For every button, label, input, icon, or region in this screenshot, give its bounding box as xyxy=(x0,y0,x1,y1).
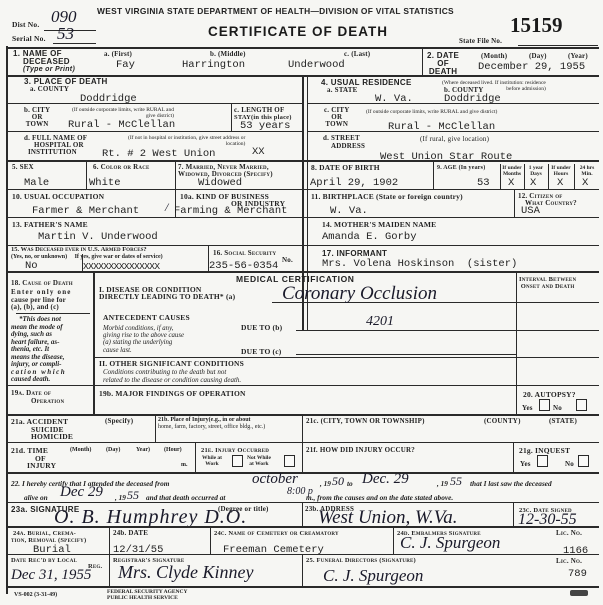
accident-specify-label: (Specify) xyxy=(105,418,133,425)
autopsy-no-checkbox[interactable] xyxy=(576,399,587,411)
father-value: Martin V. Underwood xyxy=(38,232,158,243)
injury-county-label: (COUNTY) xyxy=(484,418,521,425)
pod-city-label: b. CITY OR TOWN xyxy=(24,107,50,128)
pod-county-label: a. COUNTY xyxy=(30,86,69,93)
pod-city-value: Rural - McClellan xyxy=(68,120,175,131)
occupation-slash: / xyxy=(165,200,168,215)
due-to-c-label: DUE TO (c) xyxy=(241,348,281,355)
funeral-director-label: 25. Funeral Directors (Signature) xyxy=(306,557,416,564)
under-year-label: 1 year Days xyxy=(525,165,547,177)
injury-place-label: 21b. Place of Injury(e.g., in or about h… xyxy=(158,417,265,430)
embalmer-lic-label: Lic. No. xyxy=(556,530,582,537)
inquest-yes-label: Yes xyxy=(520,461,531,468)
under-month-value: X xyxy=(508,178,514,189)
form-code: VS-002 (3-31-49) xyxy=(14,592,57,598)
to-label: to xyxy=(347,480,353,488)
informant-label: 17. INFORMANT xyxy=(322,250,387,258)
under-min-label: 24 hrs Min. xyxy=(575,165,599,177)
part2-label: II. OTHER SIGNIFICANT CONDITIONS xyxy=(99,360,244,367)
res-city-note: (If outside corporate limits, write RURA… xyxy=(366,109,497,115)
dod-year-label: (Year) xyxy=(568,53,588,60)
time-of-injury-label: 21d. TIME OF INJURY xyxy=(11,447,56,470)
occupation-label: 10. USUAL OCCUPATION xyxy=(12,193,104,200)
inquest-no-label: No xyxy=(565,461,574,468)
length-of-stay-label: c. LENGTH OF STAY(in this place) xyxy=(234,107,292,121)
inquest-no-checkbox[interactable] xyxy=(578,455,589,467)
autopsy-yes-checkbox[interactable] xyxy=(539,399,550,411)
marital-label: 7. Married, Never Married, Widowed, Divo… xyxy=(178,164,273,178)
year-prefix-1: , 19 xyxy=(320,480,331,488)
hospital-note: (If not in hospital or institution, give… xyxy=(128,135,245,147)
operation-date-label: 19a. Date of Operation xyxy=(11,390,64,405)
autopsy-no-label: No xyxy=(553,405,562,412)
director-lic-value: 789 xyxy=(568,569,587,580)
under-month-label: If under Months xyxy=(501,165,523,177)
sex-value: Male xyxy=(24,178,49,189)
not-while-at-work-label: Not While at Work xyxy=(247,455,271,467)
serial-no-label: Serial No. xyxy=(12,35,46,42)
attended-to-date[interactable]: Dec. 29 xyxy=(362,471,409,488)
occupation-value: Farmer & Merchant xyxy=(32,206,139,217)
state-file-label: State File No. xyxy=(459,38,502,45)
last-name-label: c. (Last) xyxy=(344,51,370,58)
name-label: 1. NAME OF DECEASED (Type or Print) xyxy=(13,50,75,74)
while-at-work-checkbox[interactable] xyxy=(232,455,243,467)
registrar-signature[interactable]: Mrs. Clyde Kinney xyxy=(118,562,253,583)
ssn-no-label: No. xyxy=(282,257,293,264)
attended-from-year[interactable]: 50 xyxy=(332,474,344,489)
while-at-work-label: While at Work xyxy=(202,455,222,467)
certify-text-2: that I last saw the deceased xyxy=(470,480,552,488)
under-min-value: X xyxy=(582,178,588,189)
birthplace-value: W. Va. xyxy=(330,206,368,217)
death-certificate: Dist No. 090 Serial No. 53 WEST VIRGINIA… xyxy=(0,0,603,605)
race-value: White xyxy=(89,178,121,189)
injury-occurred-label: 21e. Injury Occurred xyxy=(201,447,269,454)
injury-state-label: (STATE) xyxy=(549,418,577,425)
cause-instructions: Enter only one cause per line for (a), (… xyxy=(11,289,72,312)
attended-to-year[interactable]: 55 xyxy=(450,474,462,489)
year-prefix-3: , 19 xyxy=(115,494,126,502)
injury-year-label: Year) xyxy=(136,447,150,453)
middle-name-value: Harrington xyxy=(182,60,245,71)
part1-label: I. DISEASE OR CONDITION DIRECTLY LEADING… xyxy=(99,286,235,300)
industry-value: Farming & Merchant xyxy=(174,206,287,217)
date-of-death-label: 2. DATE OF DEATH xyxy=(427,52,459,76)
hospital-value: Rt. # 2 West Union xyxy=(102,149,215,160)
antecedent-label: ANTECEDENT CAUSES xyxy=(103,314,190,321)
date-received-value[interactable]: Dec 31, 1955 xyxy=(11,567,91,584)
inquest-yes-checkbox[interactable] xyxy=(537,455,548,467)
father-label: 13. FATHER'S NAME xyxy=(12,221,88,228)
injury-hour-label: (Hour) xyxy=(164,447,182,453)
injury-city-label: 21c. (CITY, TOWN OR TOWNSHIP) xyxy=(306,418,425,425)
injury-m-label: m. xyxy=(181,462,188,468)
res-city-label: c. CITY OR TOWN xyxy=(324,107,350,128)
not-while-at-work-checkbox[interactable] xyxy=(284,455,295,467)
last-name-value: Underwood xyxy=(288,60,345,71)
antecedent-note: Morbid conditions, if any, giving rise t… xyxy=(103,325,184,354)
serial-no-value: 53 xyxy=(57,24,74,44)
mother-value: Amanda E. Gorby xyxy=(322,232,417,243)
date-of-death-value: December 29, 1955 xyxy=(478,62,585,73)
alive-on-date[interactable]: Dec 29 xyxy=(60,484,103,501)
under-hrs-value: X xyxy=(557,178,563,189)
accident-label: 21a. ACCIDENT SUICIDE HOMICIDE xyxy=(11,418,73,441)
inquest-label: 21g. INQUEST xyxy=(519,447,570,454)
embalmer-signature[interactable]: C. J. Spurgeon xyxy=(400,533,500,553)
informant-value: Mrs. Volena Hoskinson (sister) xyxy=(322,259,517,270)
dist-no-label: Dist No. xyxy=(12,21,39,28)
certify-text-4: m., from the causes and on the date stat… xyxy=(306,494,453,502)
ssn-label: 16. Social Security xyxy=(213,250,276,257)
operation-findings-label: 19b. MAJOR FINDINGS OF OPERATION xyxy=(99,390,246,397)
funeral-director-signature[interactable]: C. J. Spurgeon xyxy=(323,566,423,586)
res-street-note: (If rural, give location) xyxy=(420,136,489,143)
certify-text-3: and that death occurred at xyxy=(146,494,225,502)
certificate-title: CERTIFICATE OF DEATH xyxy=(208,24,388,39)
year-prefix-2: , 19 xyxy=(437,480,448,488)
director-lic-label: Lic. No. xyxy=(556,558,582,565)
armed-forces-label: 15. Was Deceased ever in U.S. Armed Forc… xyxy=(11,247,163,260)
interval-label: Interval Between Onset and Death xyxy=(519,276,576,290)
citizen-value: USA xyxy=(521,206,540,217)
state-file-number: 15159 xyxy=(510,13,563,38)
dod-month-label: (Month) xyxy=(481,53,507,60)
federal-agency: FEDERAL SECURITY AGENCY PUBLIC HEALTH SE… xyxy=(107,589,187,601)
embalmer-lic-value: 1166 xyxy=(563,546,588,557)
cause-note: *This does not mean the mode of dying, s… xyxy=(11,316,66,384)
alive-on-label: alive on xyxy=(24,494,48,502)
marital-value: Widowed xyxy=(198,178,242,189)
res-street-label: d. STREET ADDRESS xyxy=(323,135,365,150)
alive-on-year[interactable]: 55 xyxy=(127,488,139,503)
due-to-b-label: DUE TO (b) xyxy=(241,324,282,331)
burial-label: 24a. Burial, Crema- tion, Removal (Speci… xyxy=(11,530,86,544)
first-name-value: Fay xyxy=(116,60,135,71)
age-label: 9. AGE (In years) xyxy=(437,165,485,172)
hospital-label: d. FULL NAME OF HOSPITAL OR INSTITUTION xyxy=(24,135,87,156)
autopsy-label: 20. AUTOPSY? xyxy=(523,391,576,398)
under-year-value: X xyxy=(530,178,536,189)
mother-label: 14. MOTHER'S MAIDEN NAME xyxy=(322,221,436,228)
injury-day-label: (Day) xyxy=(106,447,120,453)
cause-of-death-label: 18. Cause of Death xyxy=(11,280,73,287)
injury-month-label: (Month) xyxy=(70,447,91,453)
dob-label: 8. DATE OF BIRTH xyxy=(311,164,380,171)
medical-cert-heading: MEDICAL CERTIFICATION xyxy=(236,275,355,283)
under-hrs-label: If under Hours xyxy=(549,165,573,177)
age-value: 53 xyxy=(477,178,490,189)
res-state-label: a. STATE xyxy=(327,87,358,94)
birthplace-label: 11. BIRTHPLACE (State or foreign country… xyxy=(311,193,463,200)
seal-mark-icon xyxy=(570,590,588,596)
cause-a-value[interactable]: Coronary Occlusion xyxy=(282,283,437,305)
hospital-mark: XX xyxy=(252,147,265,158)
first-name-label: a. (First) xyxy=(104,51,132,58)
dod-day-label: (Day) xyxy=(529,53,547,60)
sex-label: 5. SEX xyxy=(12,164,34,171)
dob-value: April 29, 1902 xyxy=(310,178,398,189)
middle-name-label: b. (Middle) xyxy=(210,51,246,58)
agency-heading: WEST VIRGINIA STATE DEPARTMENT OF HEALTH… xyxy=(97,7,454,15)
race-label: 6. Color or Race xyxy=(93,164,150,171)
pod-city-note: (If outside corporate limits, write RURA… xyxy=(72,107,174,119)
cause-b-value[interactable]: 4201 xyxy=(366,314,394,330)
burial-date-label: 24b. DATE xyxy=(113,530,148,537)
autopsy-yes-label: Yes xyxy=(522,405,533,412)
cemetery-label: 24c. Name of Cemetery or Creamatory xyxy=(214,530,339,537)
part2-note: Conditions contributing to the death but… xyxy=(103,369,241,384)
how-injury-label: 21f. HOW DID INJURY OCCUR? xyxy=(306,447,415,454)
